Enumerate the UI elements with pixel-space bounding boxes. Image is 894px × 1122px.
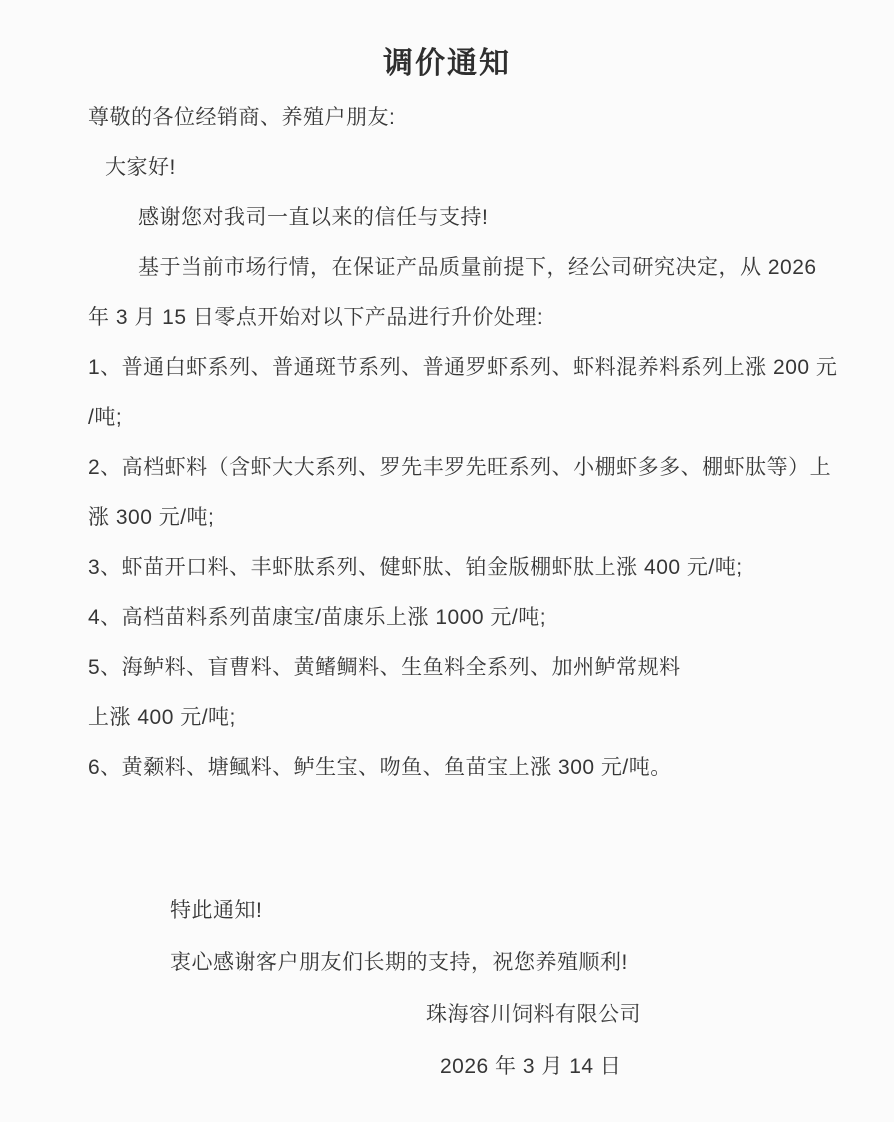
closing-line: 特此通知! xyxy=(88,885,816,937)
thanks-line: 感谢您对我司一直以来的信任与支持! xyxy=(88,193,816,243)
wishes-line: 衷心感谢客户朋友们长期的支持，祝您养殖顺利! xyxy=(88,937,816,989)
item-3-line: 3、虾苗开口料、丰虾肽系列、健虾肽、铂金版棚虾肽上涨 400 元/吨; xyxy=(88,543,816,593)
intro-line-1: 基于当前市场行情，在保证产品质量前提下，经公司研究决定，从 2026 xyxy=(88,243,816,293)
salutation-line: 尊敬的各位经销商、养殖户朋友: xyxy=(88,93,816,143)
item-2-line-1: 2、高档虾料（含虾大大系列、罗先丰罗先旺系列、小棚虾多多、棚虾肽等）上 xyxy=(88,443,816,493)
item-1-line-2: /吨; xyxy=(88,393,816,443)
item-5-line-1: 5、海鲈料、盲曹料、黄鳍鲷料、生鱼料全系列、加州鲈常规料 xyxy=(88,643,816,693)
greeting-line: 大家好! xyxy=(88,143,816,193)
item-6-line: 6、黄颡料、塘鲺料、鲈生宝、吻鱼、鱼苗宝上涨 300 元/吨。 xyxy=(88,743,816,793)
intro-line-2: 年 3 月 15 日零点开始对以下产品进行升价处理: xyxy=(88,293,816,343)
notice-date: 2026 年 3 月 14 日 xyxy=(88,1041,816,1093)
item-2-line-2: 涨 300 元/吨; xyxy=(88,493,816,543)
document-title: 调价通知 xyxy=(0,0,894,83)
item-4-line: 4、高档苗料系列苗康宝/苗康乐上涨 1000 元/吨; xyxy=(88,593,816,643)
price-notice-document: 调价通知 尊敬的各位经销商、养殖户朋友: 大家好! 感谢您对我司一直以来的信任与… xyxy=(0,0,894,1122)
item-1-line-1: 1、普通白虾系列、普通斑节系列、普通罗虾系列、虾料混养料系列上涨 200 元 xyxy=(88,343,816,393)
item-5-line-2: 上涨 400 元/吨; xyxy=(88,693,816,743)
company-name: 珠海容川饲料有限公司 xyxy=(88,989,816,1041)
document-body: 尊敬的各位经销商、养殖户朋友: 大家好! 感谢您对我司一直以来的信任与支持! 基… xyxy=(88,93,816,1093)
